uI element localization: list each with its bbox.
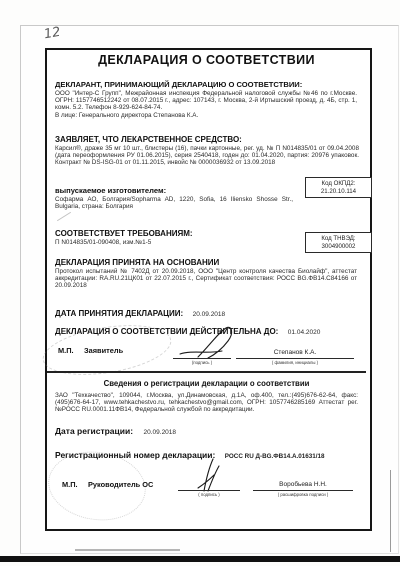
- registration-number-value: РОСС RU Д-BG.ФВ14.А.01631/18: [225, 453, 325, 460]
- scan-artifact-vertical-line: [390, 470, 391, 552]
- complies-heading: СООТВЕТСТВУЕТ ТРЕБОВАНИЯМ:: [55, 229, 193, 238]
- adoption-date-value: 20.09.2018: [193, 311, 226, 318]
- registrar-signature: [192, 458, 226, 492]
- applicant-signature-caption: (подпись ): [173, 360, 231, 365]
- manufacturer-heading: выпускаемое изготовителем:: [55, 186, 166, 195]
- basis-body: Протокол испытаний № 7402Д от 20.09.2018…: [55, 268, 357, 290]
- document-title: ДЕКЛАРАЦИЯ О СООТВЕТСТВИИ: [45, 53, 368, 67]
- declares-body: Карсил®, драже 35 мг 10 шт., блистеры (1…: [55, 145, 359, 167]
- applicant-name: Степанов К.А.: [240, 349, 350, 356]
- applicant-signature-line: [173, 358, 231, 359]
- applicant-name-caption: ( фамилия, инициалы ): [236, 360, 354, 365]
- handwritten-page-number: 12: [43, 25, 62, 43]
- registrar-name-caption: ( расшифровка подписи ): [253, 492, 353, 497]
- declarant-body: ООО "Интер-С Групп", Межрайонная инспекц…: [55, 90, 357, 112]
- okpd2-value: 21.20.10.114: [307, 188, 370, 195]
- registration-date-label: Дата регистрации:: [55, 426, 133, 436]
- tnved-code-box: Код ТНВЭД: 3004900002: [305, 232, 372, 253]
- applicant-signature: [178, 327, 248, 359]
- scan-artifact-gray-line: [75, 549, 180, 551]
- tnved-label: Код ТНВЭД:: [307, 235, 370, 242]
- declares-heading: ЗАЯВЛЯЕТ, ЧТО ЛЕКАРСТВЕННОЕ СРЕДСТВО:: [55, 135, 242, 144]
- okpd2-label: Код ОКПД2:: [307, 180, 370, 187]
- registrar-name-line: [253, 490, 353, 491]
- complies-body: П N014835/01-090408, изм.№1-5: [55, 239, 285, 246]
- valid-until-value: 01.04.2020: [288, 329, 321, 336]
- registration-body: ЗАО "Техкачество", 109044, г.Москва, ул.…: [55, 392, 358, 414]
- scan-artifact-black-bar: [0, 556, 400, 562]
- basis-heading: ДЕКЛАРАЦИЯ ПРИНЯТА НА ОСНОВАНИИ: [55, 258, 219, 267]
- applicant-name-line: [236, 358, 354, 359]
- manufacturer-body: Софарма АО, Болгария/Sopharma AD, 1220, …: [55, 196, 293, 210]
- registrar-signature-line: [178, 490, 240, 491]
- registration-date-value: 20.09.2018: [144, 429, 177, 436]
- tnved-value: 3004900002: [307, 243, 370, 250]
- applicant-mp-label: М.П.: [58, 346, 74, 355]
- declarant-heading: ДЕКЛАРАНТ, ПРИНИМАЮЩИЙ ДЕКЛАРАЦИЮ О СООТ…: [55, 80, 302, 89]
- applicant-role-label: Заявитель: [84, 346, 123, 355]
- declarant-representative: В лице: Генерального директора Степанова…: [55, 112, 357, 119]
- section-divider: [47, 371, 366, 373]
- registration-heading: Сведения о регистрации декларации о соот…: [45, 379, 368, 388]
- adoption-date-label: ДАТА ПРИНЯТИЯ ДЕКЛАРАЦИИ:: [55, 309, 183, 318]
- registrar-role-label: Руководитель ОС: [88, 480, 153, 489]
- adoption-date-row: ДАТА ПРИНЯТИЯ ДЕКЛАРАЦИИ: 20.09.2018: [55, 303, 225, 321]
- registrar-signature-caption: ( подпись ): [178, 492, 240, 497]
- registrar-mp-label: М.П.: [62, 480, 78, 489]
- okpd2-code-box: Код ОКПД2: 21.20.10.114: [305, 177, 372, 198]
- registration-date-row: Дата регистрации: 20.09.2018: [55, 421, 176, 439]
- registrar-name: Воробьева Н.Н.: [258, 481, 348, 488]
